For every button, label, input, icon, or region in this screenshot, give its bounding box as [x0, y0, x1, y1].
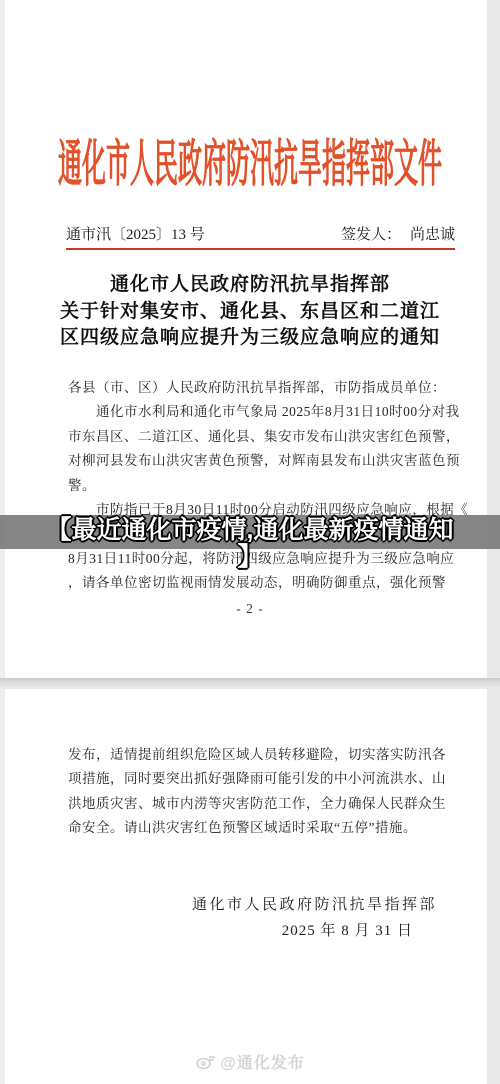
issuer-name: 尚忠诚 — [410, 227, 455, 243]
document-title-line3: 区四级应急响应提升为三级应急响应的通知 — [30, 325, 470, 352]
body-line: 发布，适情提前组织危险区域人员转移避险，切实落实防汛各 — [68, 743, 440, 767]
watermark-label: @通化发布 — [220, 1050, 305, 1073]
document-photo: 通化市人民政府防汛抗旱指挥部文件 通市汛〔2025〕13 号 签发人：尚忠诚 通… — [0, 0, 500, 1084]
page-number: - 2 - — [0, 601, 500, 617]
signature-date: 2025 年 8 月 31 日 — [282, 919, 413, 940]
body-line: 对柳河县发布山洪灾害黄色预警，对辉南县发布山洪灾害蓝色预 — [68, 449, 440, 473]
seo-overlay-text: 【最近通化市疫情,通化最新疫情通知 】 — [0, 517, 500, 571]
page2-body: 发布，适情提前组织危险区域人员转移避险，切实落实防汛各 项措施，同时要突出抓好强… — [68, 743, 440, 841]
document-title: 通化市人民政府防汛抗旱指挥部 关于针对集安市、通化县、东昌区和二道江 区四级应急… — [30, 272, 470, 352]
document-title-line1: 通化市人民政府防汛抗旱指挥部 — [30, 272, 470, 299]
doc-number-row: 通市汛〔2025〕13 号 签发人：尚忠诚 — [66, 220, 455, 250]
seo-overlay-line1: 【最近通化市疫情,通化最新疫情通知 — [0, 517, 500, 544]
document-title-line2: 关于针对集安市、通化县、东昌区和二道江 — [30, 299, 470, 326]
body-line: 项措施，同时要突出抓好强降雨可能引发的中小河流洪水、山 — [68, 767, 440, 791]
letterhead: 通化市人民政府防汛抗旱指挥部文件 — [0, 122, 500, 157]
issuer: 签发人：尚忠诚 — [341, 223, 455, 244]
weibo-icon — [195, 1053, 216, 1070]
body-line: 警。 — [68, 474, 440, 498]
signature-org: 通化市人民政府防汛抗旱指挥部 — [192, 893, 437, 914]
body-line: 命安全。请山洪灾害红色预警区域适时采取“五停”措施。 — [68, 816, 440, 840]
body-line: 通化市水利局和通化市气象局 2025年8月31日10时00分对我 — [68, 400, 440, 424]
body-line: 各县（市、区）人民政府防汛抗旱指挥部，市防指成员单位： — [68, 376, 440, 400]
watermark: @通化发布 — [0, 1050, 500, 1073]
doc-number: 通市汛〔2025〕13 号 — [66, 223, 205, 244]
issuer-label: 签发人： — [341, 227, 401, 243]
body-line: ，请各单位密切监视雨情发展动态，明确防御重点，强化预警 — [68, 571, 440, 595]
seo-overlay-line2: 】 — [0, 544, 500, 571]
body-line: 市东昌区、二道江区、通化县、集安市发布山洪灾害红色预警， — [68, 425, 440, 449]
body-line: 洪地质灾害、城市内涝等灾害防范工作，全力确保人民群众生 — [68, 792, 440, 816]
letterhead-title: 通化市人民政府防汛抗旱指挥部文件 — [58, 122, 442, 196]
seo-overlay-banner: 【最近通化市疫情,通化最新疫情通知 】 — [0, 515, 500, 549]
page-break-gap — [0, 678, 500, 689]
